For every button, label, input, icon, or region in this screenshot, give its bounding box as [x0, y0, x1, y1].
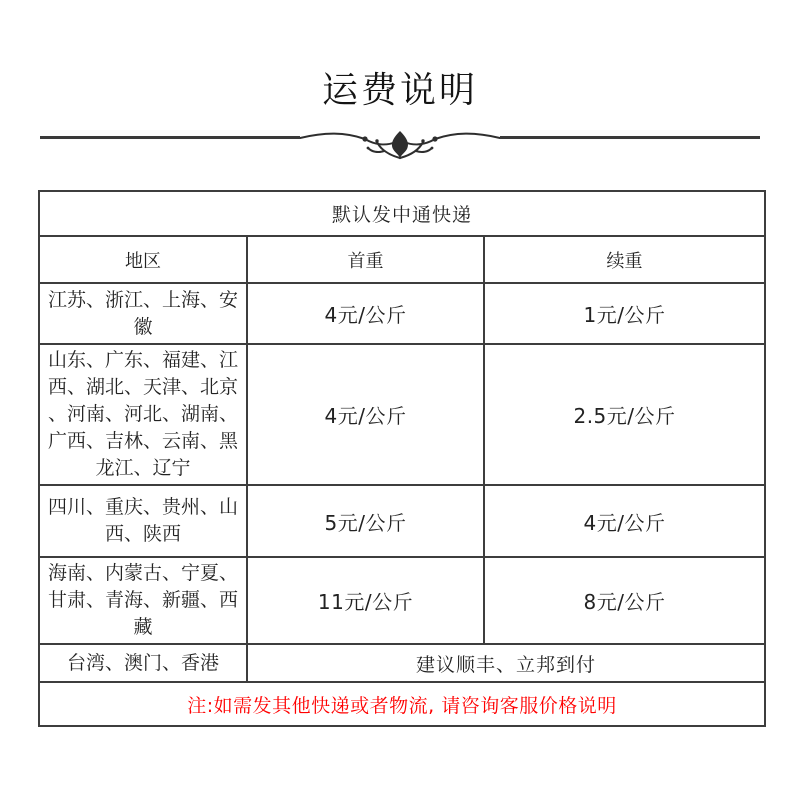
region-cell: 四川、重庆、贵州、山西、陕西 — [39, 485, 247, 557]
region-cell: 山东、广东、福建、江西、湖北、天津、北京、河南、河北、湖南、广西、吉林、云南、黑… — [39, 344, 247, 485]
region-cell: 江苏、浙江、上海、安徽 — [39, 283, 247, 344]
shipping-fee-table: 默认发中通快递 地区 首重 续重 江苏、浙江、上海、安徽 4元/公斤 1元/公斤… — [38, 190, 766, 727]
first-weight-cell: 4元/公斤 — [247, 344, 484, 485]
flourish-ornament-icon — [300, 129, 500, 163]
first-weight-cell: 11元/公斤 — [247, 557, 484, 644]
column-header-region: 地区 — [39, 236, 247, 283]
additional-weight-cell: 8元/公斤 — [484, 557, 765, 644]
first-weight-cell: 5元/公斤 — [247, 485, 484, 557]
decorative-divider — [40, 129, 760, 163]
table-row-overseas: 台湾、澳门、香港 建议顺丰、立邦到付 — [39, 644, 765, 682]
footnote: 注:如需发其他快递或者物流, 请咨询客服价格说明 — [39, 682, 765, 726]
divider-line-left — [40, 136, 300, 139]
table-row: 山东、广东、福建、江西、湖北、天津、北京、河南、河北、湖南、广西、吉林、云南、黑… — [39, 344, 765, 485]
additional-weight-cell: 4元/公斤 — [484, 485, 765, 557]
table-row: 四川、重庆、贵州、山西、陕西 5元/公斤 4元/公斤 — [39, 485, 765, 557]
divider-line-right — [500, 136, 760, 139]
table-row: 海南、内蒙古、宁夏、甘肃、青海、新疆、西藏 11元/公斤 8元/公斤 — [39, 557, 765, 644]
column-header-first-weight: 首重 — [247, 236, 484, 283]
page-title: 运费说明 — [0, 68, 800, 112]
region-cell: 台湾、澳门、香港 — [39, 644, 247, 682]
table-header-row: 地区 首重 续重 — [39, 236, 765, 283]
table-footnote-row: 注:如需发其他快递或者物流, 请咨询客服价格说明 — [39, 682, 765, 726]
shipping-info-page: 运费说明 — [0, 0, 800, 800]
additional-weight-cell: 2.5元/公斤 — [484, 344, 765, 485]
table-caption: 默认发中通快递 — [39, 191, 765, 236]
additional-weight-cell: 1元/公斤 — [484, 283, 765, 344]
region-cell: 海南、内蒙古、宁夏、甘肃、青海、新疆、西藏 — [39, 557, 247, 644]
table-row: 江苏、浙江、上海、安徽 4元/公斤 1元/公斤 — [39, 283, 765, 344]
shipping-suggestion-cell: 建议顺丰、立邦到付 — [247, 644, 765, 682]
column-header-additional-weight: 续重 — [484, 236, 765, 283]
first-weight-cell: 4元/公斤 — [247, 283, 484, 344]
table-caption-row: 默认发中通快递 — [39, 191, 765, 236]
